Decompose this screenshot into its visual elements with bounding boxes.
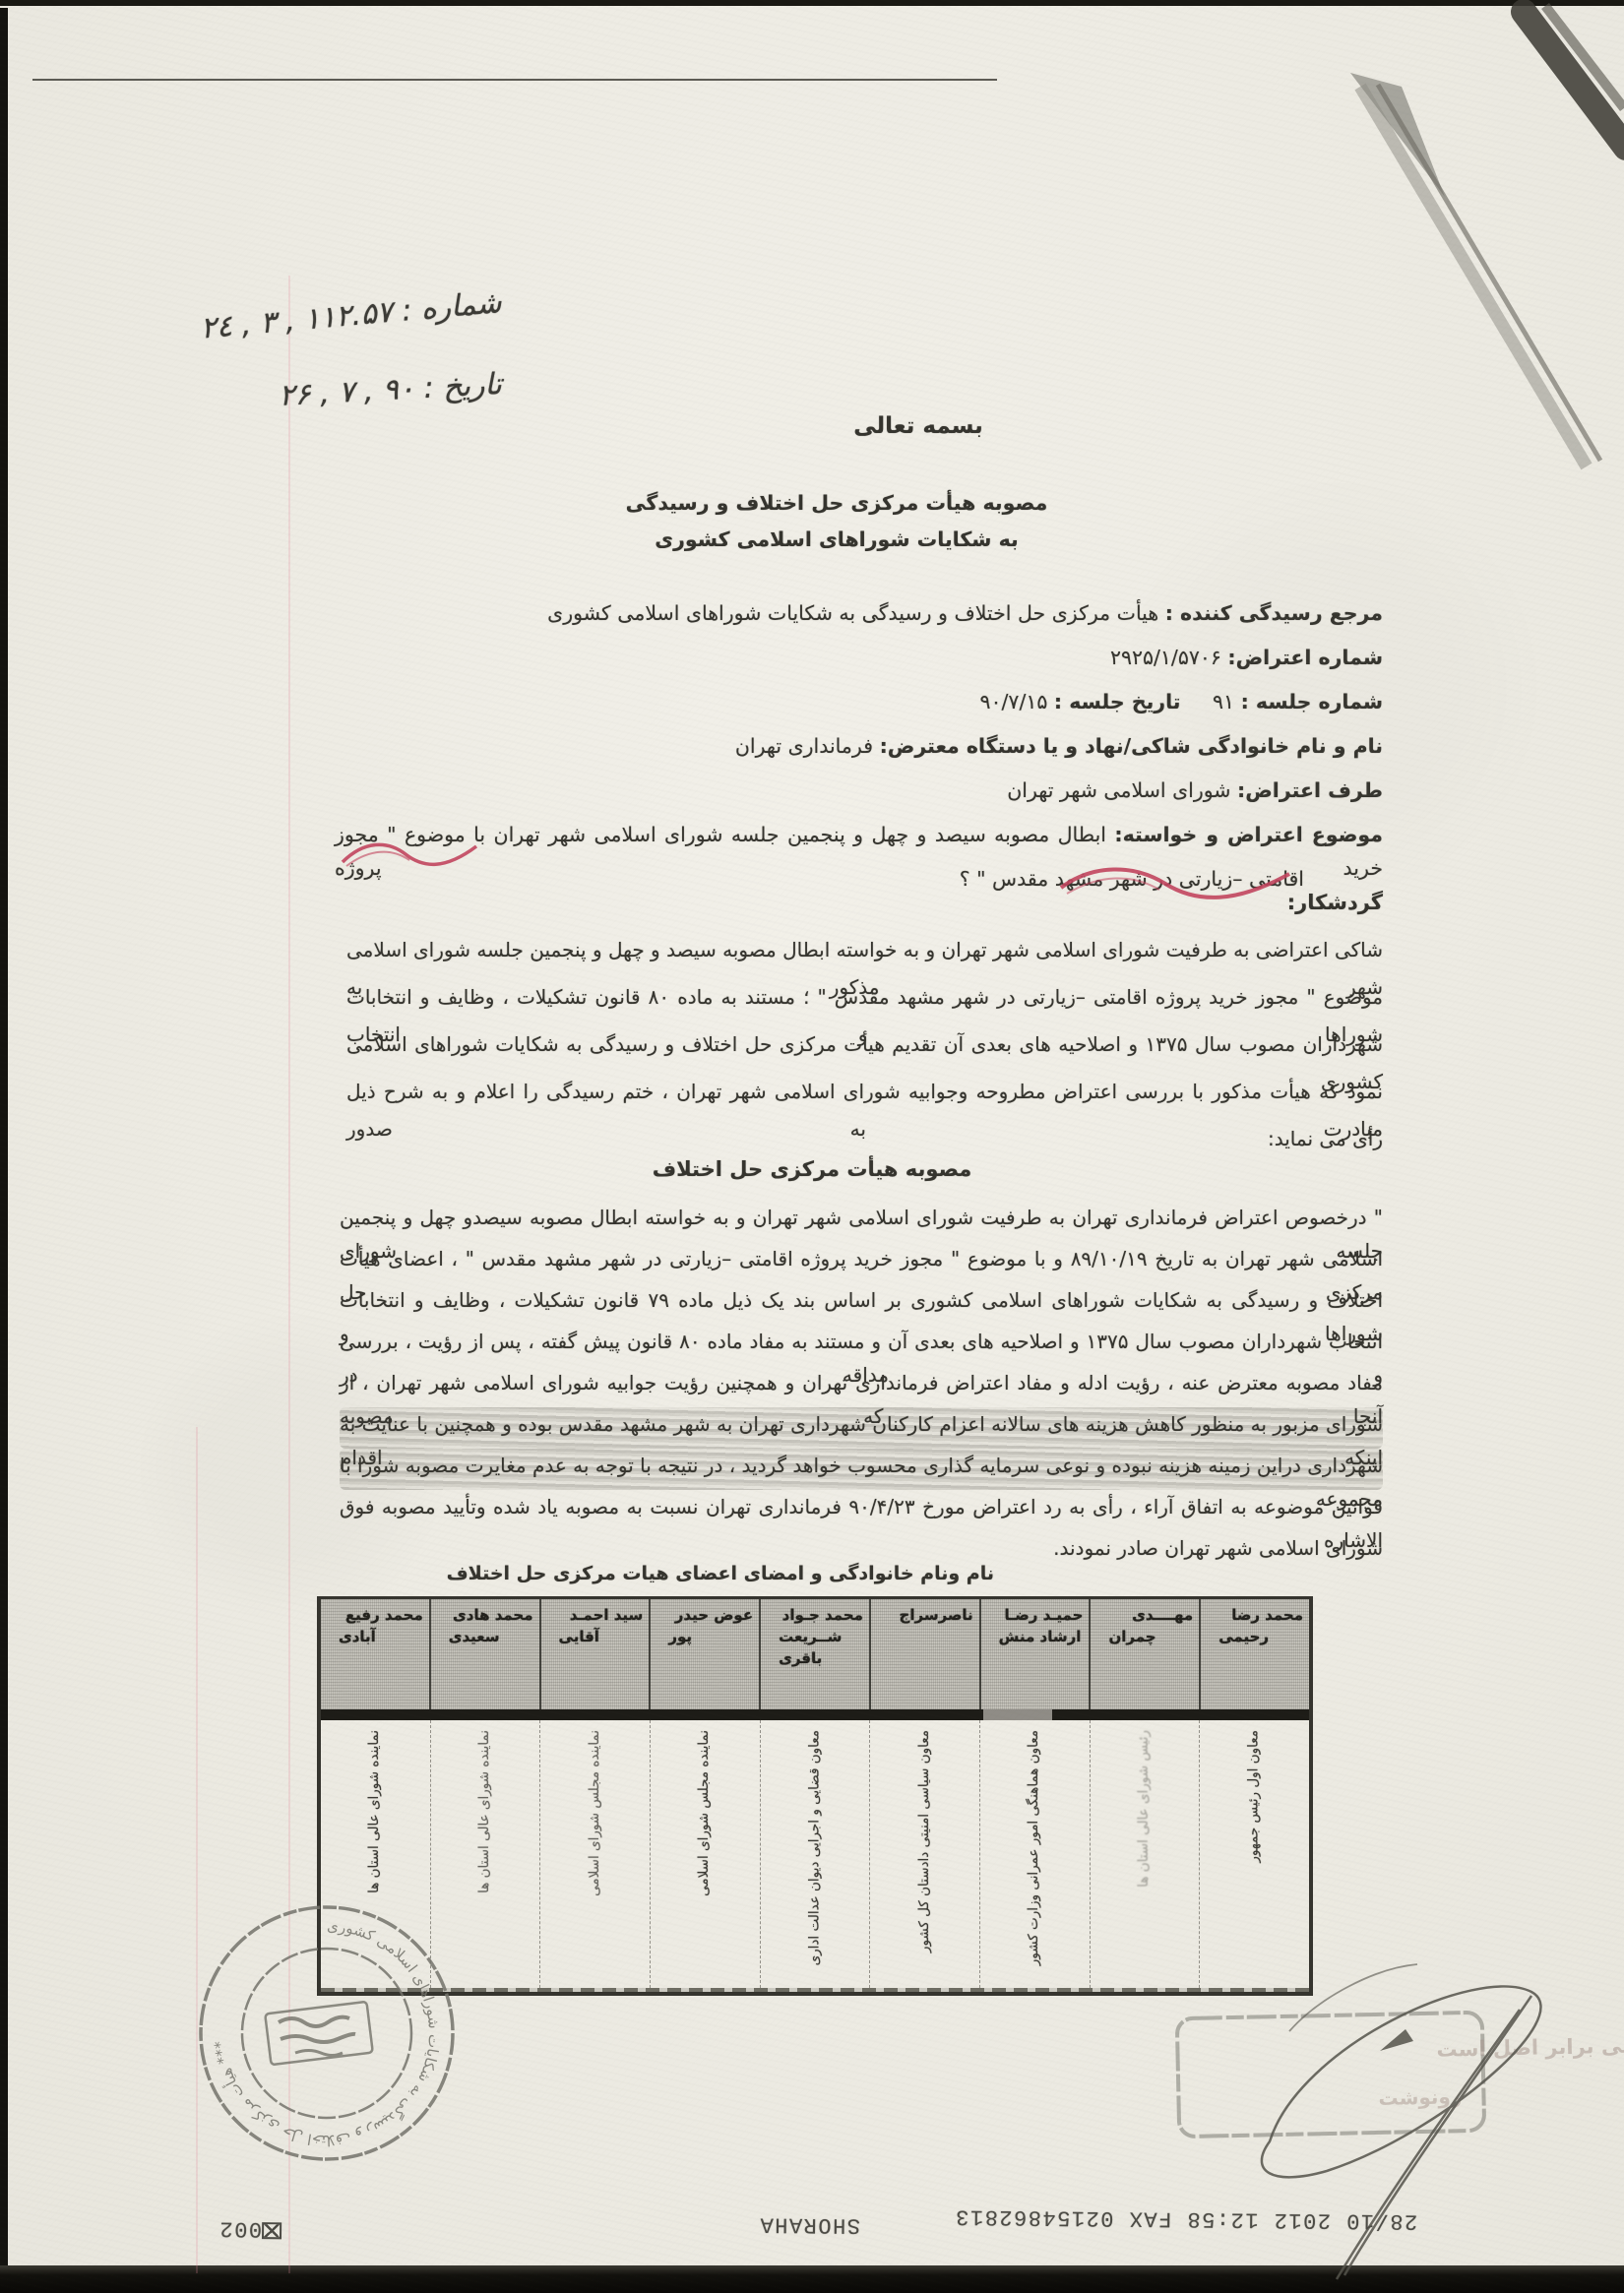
authority-value: هیأت مرکزی حل اختلاف و رسیدگی به شکایات … <box>547 601 1158 625</box>
document-title-line2: به شکایات شوراهای اسلامی کشوری <box>581 522 1093 558</box>
member-last-name: آقایی <box>547 1626 644 1647</box>
scan-pink-line <box>196 1427 198 2273</box>
paragraph-line: " درخصوص اعتراض فرمانداری تهران به طرفیت… <box>340 1201 1383 1242</box>
corner-streak-artifacts <box>0 0 1624 689</box>
member-name-cell: محمد رضا رحیمی <box>1201 1599 1309 1709</box>
handwritten-date-label: تاریخ : <box>423 367 503 405</box>
besmele: بسمه تعالی <box>771 413 1066 439</box>
member-role: رئیس شورای عالی استان ها <box>1136 1730 1152 1888</box>
session-number-label: شماره جلسه : <box>1241 690 1383 713</box>
member-first-name: محمد هادی <box>437 1604 533 1626</box>
session-date-label: تاریخ جلسه : <box>1054 690 1181 713</box>
document-title: مصوبه هیأت مرکزی حل اختلاف و رسیدگی به ش… <box>581 485 1093 558</box>
member-first-name: محمد رضا <box>1207 1604 1303 1626</box>
fax-header-line: 28/10 2012 12:58 FAX 02154862813 <box>935 2203 1437 2233</box>
fax-page-number: 002 <box>219 2216 285 2242</box>
ruling-heading: مصوبه هیأت مرکزی حل اختلاف <box>591 1157 1033 1181</box>
respondent-value: شورای اسلامی شهر تهران <box>1007 778 1230 802</box>
member-name-cell: عوض حیدر پور <box>651 1599 761 1709</box>
member-last-name: سعیدی <box>437 1626 533 1647</box>
members-role-row: معاون اول رئیس جمهور رئیس شورای عالی است… <box>321 1720 1309 1988</box>
member-role: نماینده شورای عالی استان ها <box>366 1730 382 1893</box>
member-first-name: سید احمـد <box>547 1604 644 1626</box>
member-role-cell: معاون هماهنگی امور عمرانی وزارت کشور <box>980 1720 1091 1988</box>
members-table-title: نام ونام خانوادگی و امضای اعضای هیات مرک… <box>447 1563 994 1584</box>
objection-number-label: شماره اعتراض: <box>1227 646 1383 669</box>
meta-authority: مرجع رسیدگی کننده : هیأت مرکزی حل اختلاف… <box>335 596 1383 641</box>
paragraph-line: مفاد مصوبه معترض عنه ، رؤیت ادله و مفاد … <box>340 1366 1383 1407</box>
member-role: معاون اول رئیس جمهور <box>1246 1730 1262 1863</box>
meta-subject: موضوع اعتراض و خواسته: ابطال مصوبه سیصد … <box>335 818 1383 862</box>
complainant-value: فرمانداری تهران <box>735 734 873 758</box>
session-date-value: ۹۰/۷/۱۵ <box>980 690 1048 713</box>
paragraph-line: موضوع " مجوز خرید پروژه اقامتی –زیارتی د… <box>346 978 1383 1025</box>
member-first-name: مهــــدی <box>1096 1604 1193 1626</box>
member-name-cell: محمد هادی سعیدی <box>431 1599 541 1709</box>
member-last-name: پور <box>656 1626 753 1647</box>
member-last-name: آبادی <box>327 1626 423 1647</box>
handwritten-number-value: ۱۱۲.۵۷ , ۳ , ۲٤ <box>199 295 394 346</box>
case-metadata: مرجع رسیدگی کننده : هیأت مرکزی حل اختلاف… <box>335 596 1383 906</box>
member-last-name: شــریعت باقری <box>767 1626 863 1669</box>
member-last-name: ارشاد منش <box>987 1626 1084 1647</box>
members-name-row: محمد رضا رحیمی مهــــدی چمران حمیـد رضـا… <box>321 1599 1309 1709</box>
member-role-cell: معاون سیاسی امنیتی دادستان کل کشور <box>870 1720 980 1988</box>
proceedings-label: گردشکار: <box>1287 891 1383 914</box>
member-first-name: حمیـد رضـا <box>987 1604 1084 1626</box>
member-first-name: محمد رفیع <box>327 1604 423 1626</box>
scan-bottom-edge-bar <box>0 2265 1624 2293</box>
member-name-cell: محمد جـواد شــریعت باقری <box>761 1599 871 1709</box>
meta-session: شماره جلسه : ۹۱ تاریخ جلسه : ۹۰/۷/۱۵ <box>335 685 1383 729</box>
meta-objection-number: شماره اعتراض: ۲۹۲۵/۱/۵۷۰۶ <box>335 641 1383 685</box>
objection-number-value: ۲۹۲۵/۱/۵۷۰۶ <box>1110 646 1221 669</box>
handwritten-date-value: ۹۰ , ۷ , ۲۶ <box>278 372 414 413</box>
handwritten-number-label: شماره : <box>401 285 503 329</box>
fax-page-number-text: 002 <box>219 2216 262 2241</box>
paragraph-line: شهرداری دراین زمینه هزینه نبوده و نوعی س… <box>340 1449 1383 1490</box>
meta-complainant: نام و نام خانوادگی شاکی/نهاد و یا دستگاه… <box>335 729 1383 774</box>
top-rule-line <box>32 79 997 81</box>
scanned-document-page: شماره : ۱۱۲.۵۷ , ۳ , ۲٤ تاریخ : ۹۰ , ۷ ,… <box>0 0 1624 2293</box>
fax-envelope-icon <box>262 2222 281 2239</box>
member-role: نماینده مجلس شورای اسلامی <box>696 1730 712 1896</box>
member-role-cell: نماینده شورای عالی استان ها <box>321 1720 431 1988</box>
proceedings-paragraph: شاکی اعتراضی به طرفیت شورای اسلامی شهر ت… <box>346 931 1383 1167</box>
member-role: نماینده مجلس شورای اسلامی <box>587 1730 602 1896</box>
fax-station-name: SHORAHA <box>718 2211 901 2238</box>
document-title-line1: مصوبه هیأت مرکزی حل اختلاف و رسیدگی <box>581 485 1093 522</box>
meta-respondent: طرف اعتراض: شورای اسلامی شهر تهران <box>335 774 1383 818</box>
table-separator-band <box>321 1709 1309 1720</box>
table-bottom-rule <box>321 1988 1309 1992</box>
session-number-value: ۹۱ <box>1213 690 1234 713</box>
member-role: معاون قضایی و اجرایی دیوان عدالت اداری <box>806 1730 822 1965</box>
member-last-name: رحیمی <box>1207 1626 1303 1647</box>
copy-stamp-line1: فتوکپی برابر اصل است <box>1436 2033 1624 2062</box>
copy-stamp-line2: رونوشت <box>1378 2084 1462 2110</box>
paragraph-line: اختلاف و رسیدگی به شکایات شوراهای اسلامی… <box>340 1283 1383 1325</box>
member-name-cell: محمد رفیع آبادی <box>321 1599 431 1709</box>
member-role: معاون سیاسی امنیتی دادستان کل کشور <box>916 1730 932 1952</box>
authority-label: مرجع رسیدگی کننده : <box>1165 601 1383 625</box>
member-role-cell: نماینده مجلس شورای اسلامی <box>540 1720 651 1988</box>
member-first-name: محمد جـواد <box>767 1604 863 1626</box>
member-name-cell: حمیـد رضـا ارشاد منش <box>981 1599 1092 1709</box>
member-role-cell: رئیس شورای عالی استان ها <box>1091 1720 1201 1988</box>
scan-top-edge-bar <box>0 0 1624 6</box>
paragraph-line: شورای مزبور به منظور کاهش هزینه های سالا… <box>340 1407 1383 1449</box>
member-first-name: ناصرسراج <box>877 1604 973 1626</box>
complainant-label: نام و نام خانوادگی شاکی/نهاد و یا دستگاه… <box>880 734 1383 758</box>
ruling-paragraph: " درخصوص اعتراض فرمانداری تهران به طرفیت… <box>340 1201 1383 1573</box>
paragraph-line: انتخاب شهرداران مصوب سال ۱۳۷۵ و اصلاحیه … <box>340 1325 1383 1366</box>
member-role: نماینده شورای عالی استان ها <box>476 1730 492 1893</box>
member-name-cell: ناصرسراج <box>871 1599 981 1709</box>
respondent-label: طرف اعتراض: <box>1237 778 1383 802</box>
scan-left-edge-bar <box>0 8 8 2293</box>
subject-label: موضوع اعتراض و خواسته: <box>1114 823 1383 846</box>
paragraph-line: شاکی اعتراضی به طرفیت شورای اسلامی شهر ت… <box>346 931 1383 978</box>
member-last-name: چمران <box>1096 1626 1193 1647</box>
paragraph-line: نمود که هیأت مذکور با بررسی اعتراض مطروح… <box>346 1073 1383 1120</box>
handwritten-number: شماره : ۱۱۲.۵۷ , ۳ , ۲٤ <box>161 285 503 349</box>
member-role-cell: معاون اول رئیس جمهور <box>1200 1720 1309 1988</box>
paragraph-line: اسلامی شهر تهران به تاریخ ۸۹/۱۰/۱۹ و با … <box>340 1242 1383 1283</box>
member-role-cell: معاون قضایی و اجرایی دیوان عدالت اداری <box>761 1720 871 1988</box>
paragraph-line: قوانین موضوعه به اتفاق آراء ، رأی به رد … <box>340 1490 1383 1531</box>
scan-pink-line <box>288 276 290 2273</box>
member-role-cell: نماینده مجلس شورای اسلامی <box>651 1720 761 1988</box>
member-name-cell: سید احمـد آقایی <box>541 1599 652 1709</box>
member-first-name: عوض حیدر <box>656 1604 753 1626</box>
member-name-cell: مهــــدی چمران <box>1091 1599 1201 1709</box>
handwritten-date: تاریخ : ۹۰ , ۷ , ۲۶ <box>161 367 502 419</box>
member-role-cell: نماینده شورای عالی استان ها <box>431 1720 541 1988</box>
members-table: محمد رضا رحیمی مهــــدی چمران حمیـد رضـا… <box>317 1596 1313 1996</box>
paragraph-line: شهرداران مصوب سال ۱۳۷۵ و اصلاحیه های بعد… <box>346 1025 1383 1073</box>
member-role: معاون هماهنگی امور عمرانی وزارت کشور <box>1026 1730 1041 1965</box>
